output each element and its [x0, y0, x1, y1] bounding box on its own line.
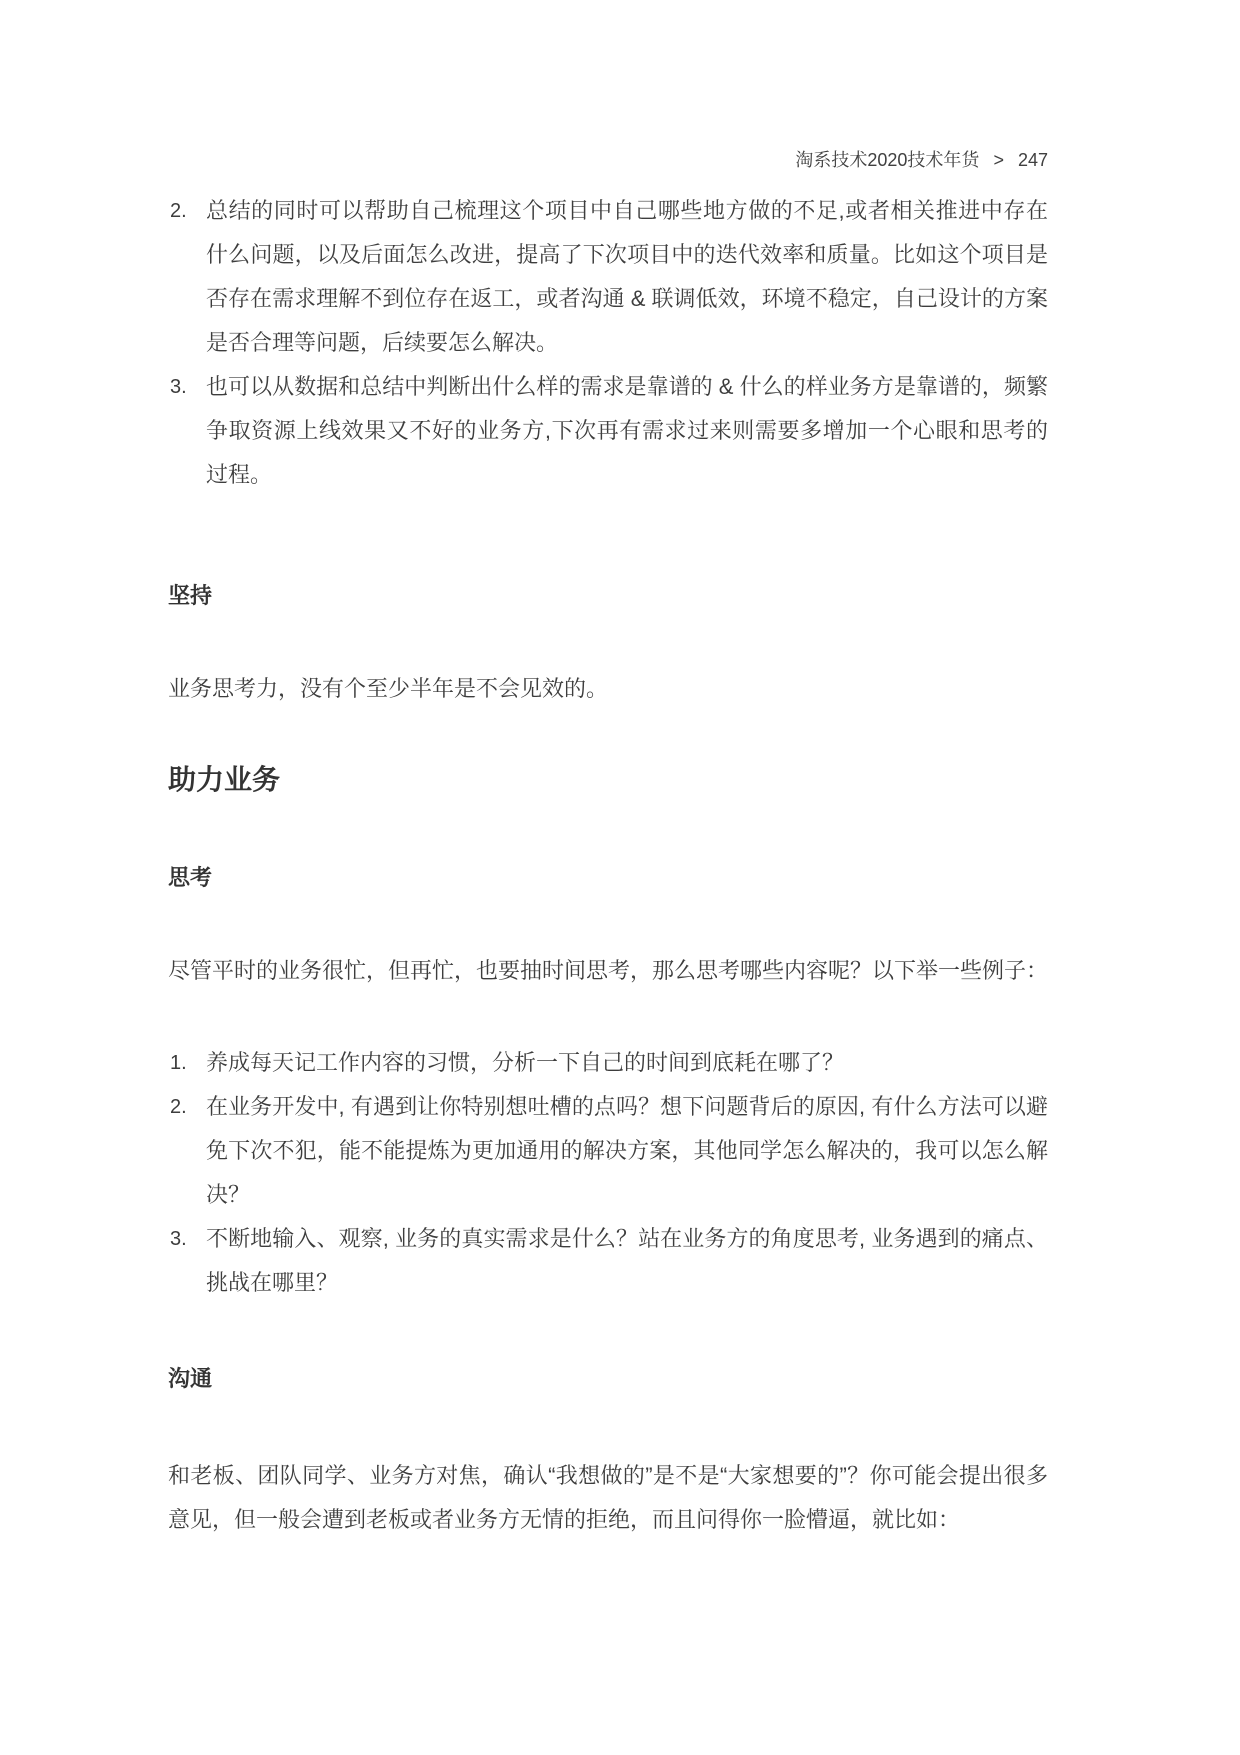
page-content: 2. 总结的同时可以帮助自己梳理这个项目中自己哪些地方做的不足,或者相关推进中存…	[168, 189, 1048, 1542]
list-item-number: 3.	[170, 365, 187, 409]
book-title: 淘系技术2020技术年货	[795, 150, 979, 170]
list-item-number: 1.	[170, 1041, 187, 1085]
paragraph-goutong: 和老板、团队同学、业务方对焦，确认“我想做的”是不是“大家想要的”？你可能会提出…	[168, 1454, 1048, 1542]
paragraph-sikao-intro: 尽管平时的业务很忙，但再忙，也要抽时间思考，那么思考哪些内容呢？以下举一些例子：	[168, 949, 1048, 993]
document-page: 淘系技术2020技术年货>247 2. 总结的同时可以帮助自己梳理这个项目中自己…	[0, 0, 1240, 1755]
heading-zhuli-yewu: 助力业务	[168, 760, 1048, 800]
list-item: 1. 养成每天记工作内容的习惯，分析一下自己的时间到底耗在哪了？	[168, 1041, 1048, 1085]
page-number: 247	[1018, 150, 1048, 170]
page-header: 淘系技术2020技术年货>247	[168, 148, 1048, 172]
breadcrumb-separator: >	[993, 150, 1004, 170]
list-item-number: 3.	[170, 1217, 187, 1261]
list-item: 2. 总结的同时可以帮助自己梳理这个项目中自己哪些地方做的不足,或者相关推进中存…	[168, 189, 1048, 365]
list-item: 3. 不断地输入、观察, 业务的真实需求是什么？站在业务方的角度思考, 业务遇到…	[168, 1217, 1048, 1305]
heading-jianchi: 坚持	[168, 581, 1048, 611]
thinking-list: 1. 养成每天记工作内容的习惯，分析一下自己的时间到底耗在哪了？ 2. 在业务开…	[168, 1041, 1048, 1305]
list-item-text: 养成每天记工作内容的习惯，分析一下自己的时间到底耗在哪了？	[206, 1041, 1048, 1085]
list-item-number: 2.	[170, 1085, 187, 1129]
list-item-number: 2.	[170, 189, 187, 233]
heading-sikao: 思考	[168, 863, 1048, 893]
list-item: 3. 也可以从数据和总结中判断出什么样的需求是靠谱的 & 什么的样业务方是靠谱的…	[168, 365, 1048, 497]
summary-list: 2. 总结的同时可以帮助自己梳理这个项目中自己哪些地方做的不足,或者相关推进中存…	[168, 189, 1048, 497]
list-item: 2. 在业务开发中, 有遇到让你特别想吐槽的点吗？想下问题背后的原因, 有什么方…	[168, 1085, 1048, 1217]
list-item-text: 不断地输入、观察, 业务的真实需求是什么？站在业务方的角度思考, 业务遇到的痛点…	[206, 1217, 1048, 1305]
heading-goutong: 沟通	[168, 1364, 1048, 1394]
list-item-text: 在业务开发中, 有遇到让你特别想吐槽的点吗？想下问题背后的原因, 有什么方法可以…	[206, 1085, 1048, 1217]
paragraph-jianchi: 业务思考力，没有个至少半年是不会见效的。	[168, 667, 1048, 711]
list-item-text: 总结的同时可以帮助自己梳理这个项目中自己哪些地方做的不足,或者相关推进中存在什么…	[206, 189, 1048, 365]
list-item-text: 也可以从数据和总结中判断出什么样的需求是靠谱的 & 什么的样业务方是靠谱的，频繁…	[206, 365, 1048, 497]
